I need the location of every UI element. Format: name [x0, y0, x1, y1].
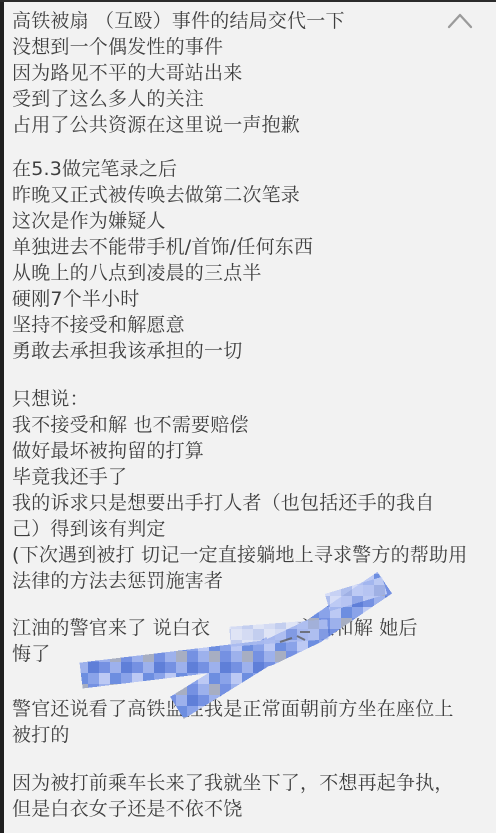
text-line: 昨晚又正式被传唤去做第二次笔录 [12, 182, 486, 208]
redacted-line-before: 江油的警官来了 说白衣 [12, 617, 210, 639]
text-line-redacted: 江油的警官来了 说白衣主张和解 她后 [12, 615, 486, 641]
text-line: 法律的方法去惩罚施害者 [12, 568, 486, 594]
text-line: 因为路见不平的大哥站出来 [12, 60, 486, 86]
text-line: 我的诉求只是想要出手打人者（也包括还手的我自 [12, 490, 486, 516]
text-line: 只想说： [12, 386, 486, 412]
text-line: 坚持不接受和解愿意 [12, 312, 486, 338]
paragraph-surveillance: 警官还说看了高铁监控我是正常面朝前方坐在座位上 被打的 [12, 696, 486, 748]
text-line: 从晚上的八点到凌晨的三点半 [12, 260, 486, 286]
paragraph-intro: 高铁被扇 （互殴）事件的结局交代一下 没想到一个偶发性的事件 因为路见不平的大哥… [12, 8, 486, 138]
text-line: 己）得到该有判定 [12, 516, 486, 542]
redacted-line-after: 主张和解 她后 [296, 617, 417, 639]
text-line: 被打的 [12, 722, 486, 748]
text-line: 高铁被扇 （互殴）事件的结局交代一下 [12, 8, 486, 34]
text-line: (下次遇到被打 切记一定直接躺地上寻求警方的帮助用 [12, 542, 486, 568]
text-line: 这次是作为嫌疑人 [12, 208, 486, 234]
text-line: 勇敢去承担我该承担的一切 [12, 338, 486, 364]
paragraph-interrogation: 在5.3做完笔录之后 昨晚又正式被传唤去做第二次笔录 这次是作为嫌疑人 单独进去… [12, 156, 486, 364]
text-line: 我不接受和解 也不需要赔偿 [12, 412, 486, 438]
text-line: 因为被打前乘车长来了我就坐下了，不想再起争执， [12, 770, 486, 796]
paragraph-police-redacted: 江油的警官来了 说白衣主张和解 她后 悔了 [12, 615, 486, 667]
text-line: 在5.3做完笔录之后 [12, 156, 486, 182]
text-line: 硬刚7个半小时 [12, 286, 486, 312]
text-line: 受到了这么多人的关注 [12, 86, 486, 112]
text-line: 没想到一个偶发性的事件 [12, 34, 486, 60]
paragraph-statement: 只想说： 我不接受和解 也不需要赔偿 做好最坏被拘留的打算 毕竟我还手了 我的诉… [12, 386, 486, 594]
paragraph-conclusion: 因为被打前乘车长来了我就坐下了，不想再起争执， 但是白衣女子还是不依不饶 [12, 770, 486, 822]
text-line: 但是白衣女子还是不依不饶 [12, 796, 486, 822]
text-line: 悔了 [12, 641, 486, 667]
text-line: 单独进去不能带手机/首饰/任何东西 [12, 234, 486, 260]
text-line: 毕竟我还手了 [12, 464, 486, 490]
post-body: 高铁被扇 （互殴）事件的结局交代一下 没想到一个偶发性的事件 因为路见不平的大哥… [0, 2, 496, 822]
redaction-gap [210, 633, 296, 634]
text-line: 做好最坏被拘留的打算 [12, 438, 486, 464]
text-line: 警官还说看了高铁监控我是正常面朝前方坐在座位上 [12, 696, 486, 722]
text-line: 占用了公共资源在这里说一声抱歉 [12, 112, 486, 138]
